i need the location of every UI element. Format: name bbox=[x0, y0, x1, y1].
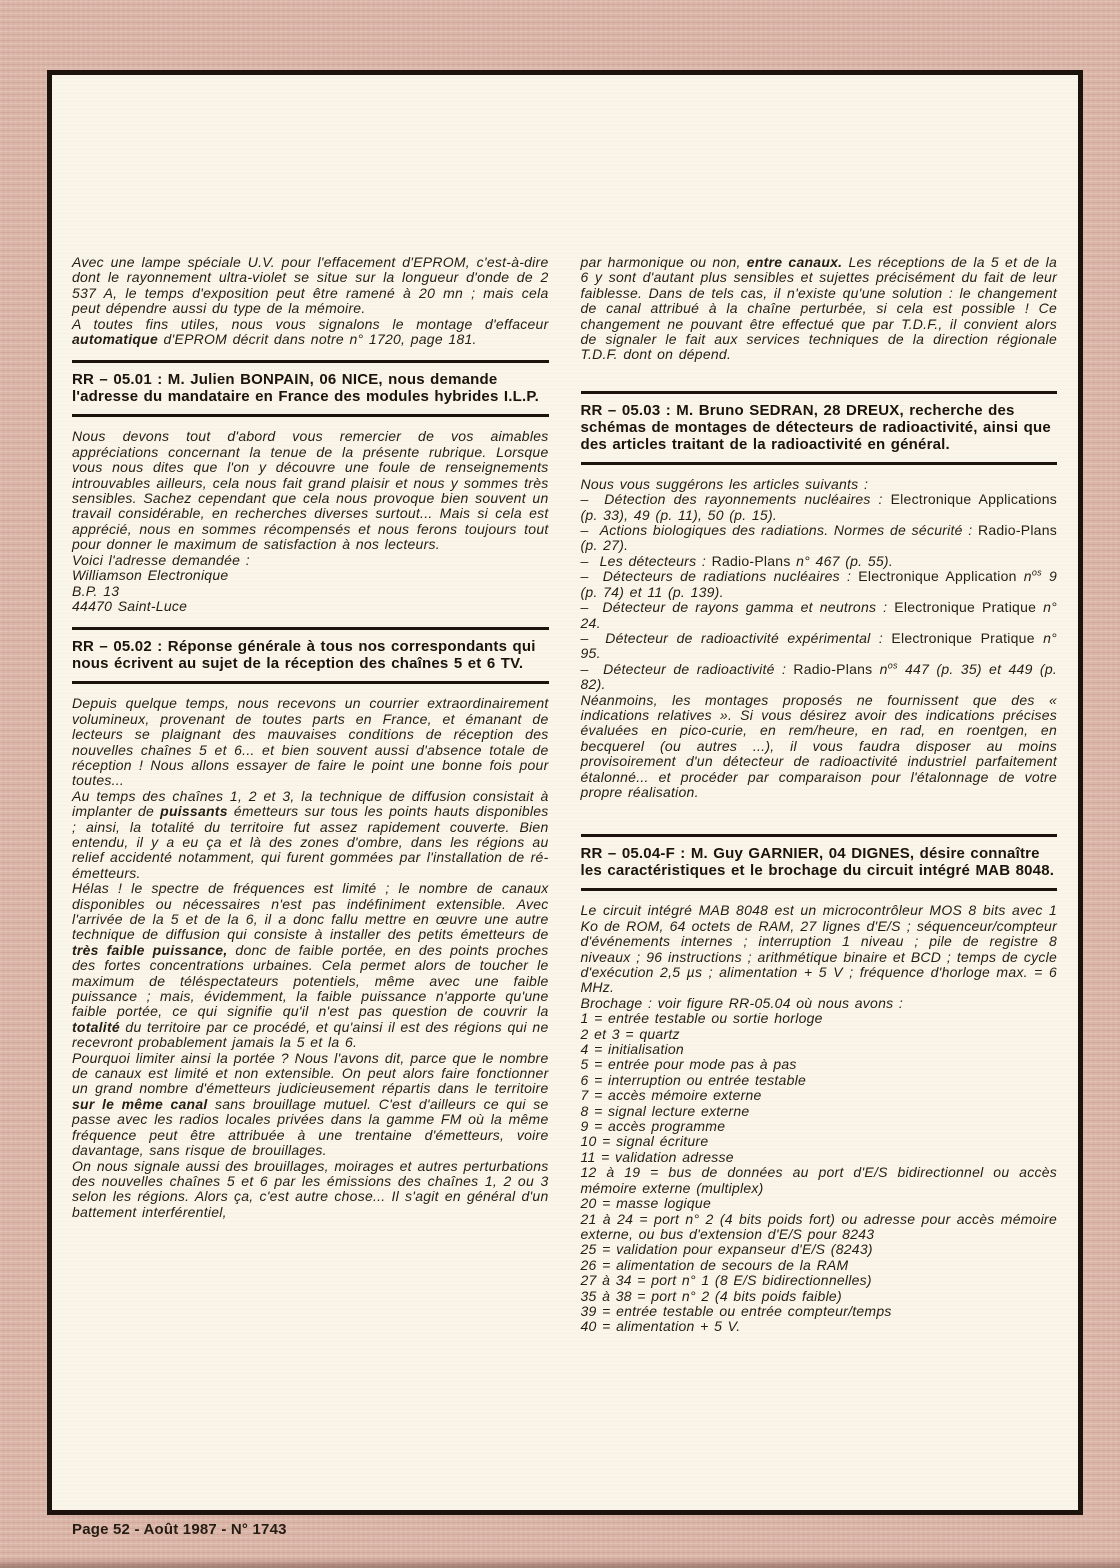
list-item: – Les détecteurs : Radio-Plans n° 467 (p… bbox=[581, 554, 1058, 569]
continuation-paragraph: par harmonique ou non, entre canaux. Les… bbox=[581, 255, 1058, 363]
address-line: Williamson Electronique bbox=[72, 568, 549, 583]
paragraph: Voici l'adresse demandée : bbox=[72, 553, 549, 568]
magazine-page: Avec une lampe spéciale U.V. pour l'effa… bbox=[0, 0, 1120, 1568]
section-heading-bar: RR – 05.02 : Réponse générale à tous nos… bbox=[72, 627, 549, 684]
pin-line: 35 à 38 = port n° 2 (4 bits poids faible… bbox=[581, 1289, 1058, 1304]
two-column-layout: Avec une lampe spéciale U.V. pour l'effa… bbox=[72, 255, 1057, 1496]
pin-line: 1 = entrée testable ou sortie horloge bbox=[581, 1011, 1058, 1026]
paragraph: Nous devons tout d'abord vous remercier … bbox=[72, 429, 549, 552]
pin-line: 4 = initialisation bbox=[581, 1042, 1058, 1057]
paragraph: Néanmoins, les montages proposés ne four… bbox=[581, 693, 1058, 801]
pin-line: 9 = accès programme bbox=[581, 1119, 1058, 1134]
paragraph: Nous vous suggérons les articles suivant… bbox=[581, 477, 1058, 492]
paragraph: Brochage : voir figure RR-05.04 où nous … bbox=[581, 996, 1058, 1011]
pin-line: 11 = validation adresse bbox=[581, 1150, 1058, 1165]
section-heading: RR – 05.03 : M. Bruno SEDRAN, 28 DREUX, … bbox=[581, 402, 1058, 453]
qa-section-0503: RR – 05.03 : M. Bruno SEDRAN, 28 DREUX, … bbox=[581, 391, 1058, 801]
list-item: – Détecteurs de radiations nucléaires : … bbox=[581, 569, 1058, 600]
pin-line: 8 = signal lecture externe bbox=[581, 1104, 1058, 1119]
pin-line: 10 = signal écriture bbox=[581, 1134, 1058, 1149]
list-item: – Détecteur de radioactivité : Radio-Pla… bbox=[581, 662, 1058, 693]
pin-line: 6 = interruption ou entrée testable bbox=[581, 1073, 1058, 1088]
section-heading-bar: RR – 05.04-F : M. Guy GARNIER, 04 DIGNES… bbox=[581, 834, 1058, 891]
section-heading-bar: RR – 05.03 : M. Bruno SEDRAN, 28 DREUX, … bbox=[581, 391, 1058, 465]
paragraph: Au temps des chaînes 1, 2 et 3, la techn… bbox=[72, 789, 549, 881]
list-item: – Actions biologiques des radiations. No… bbox=[581, 523, 1058, 554]
address-line: 44470 Saint-Luce bbox=[72, 599, 549, 614]
pin-line: 21 à 24 = port n° 2 (4 bits poids fort) … bbox=[581, 1212, 1058, 1243]
pin-line: 2 et 3 = quartz bbox=[581, 1027, 1058, 1042]
pin-line: 12 à 19 = bus de données au port d'E/S b… bbox=[581, 1165, 1058, 1196]
qa-section-0501: RR – 05.01 : M. Julien BONPAIN, 06 NICE,… bbox=[72, 360, 549, 614]
right-column: par harmonique ou non, entre canaux. Les… bbox=[581, 255, 1058, 1496]
pin-line: 20 = masse logique bbox=[581, 1196, 1058, 1211]
section-heading: RR – 05.02 : Réponse générale à tous nos… bbox=[72, 638, 549, 672]
section-heading: RR – 05.04-F : M. Guy GARNIER, 04 DIGNES… bbox=[581, 845, 1058, 879]
section-heading-bar: RR – 05.01 : M. Julien BONPAIN, 06 NICE,… bbox=[72, 360, 549, 417]
address-line: B.P. 13 bbox=[72, 584, 549, 599]
qa-section-0504: RR – 05.04-F : M. Guy GARNIER, 04 DIGNES… bbox=[581, 834, 1058, 1334]
pin-line: 5 = entrée pour mode pas à pas bbox=[581, 1057, 1058, 1072]
pin-line: 40 = alimentation + 5 V. bbox=[581, 1319, 1058, 1334]
paragraph: On nous signale aussi des brouillages, m… bbox=[72, 1159, 549, 1221]
pinout-list: 1 = entrée testable ou sortie horloge 2 … bbox=[581, 1011, 1058, 1335]
list-item: – Détecteur de rayons gamma et neutrons … bbox=[581, 600, 1058, 631]
list-item: – Détecteur de radioactivité expérimenta… bbox=[581, 631, 1058, 662]
paragraph: Le circuit intégré MAB 8048 est un micro… bbox=[581, 903, 1058, 995]
left-column: Avec une lampe spéciale U.V. pour l'effa… bbox=[72, 255, 549, 1496]
paragraph: Hélas ! le spectre de fréquences est lim… bbox=[72, 881, 549, 1050]
pin-line: 25 = validation pour expanseur d'E/S (82… bbox=[581, 1242, 1058, 1257]
content-frame: Avec une lampe spéciale U.V. pour l'effa… bbox=[47, 70, 1083, 1515]
qa-section-0502: RR – 05.02 : Réponse générale à tous nos… bbox=[72, 627, 549, 1220]
paragraph: Depuis quelque temps, nous recevons un c… bbox=[72, 696, 549, 788]
section-heading: RR – 05.01 : M. Julien BONPAIN, 06 NICE,… bbox=[72, 371, 549, 405]
reference-list: – Détection des rayonnements nucléaires … bbox=[581, 492, 1058, 692]
list-item: – Détection des rayonnements nucléaires … bbox=[581, 492, 1058, 523]
address-block: Williamson Electronique B.P. 13 44470 Sa… bbox=[72, 568, 549, 614]
paragraph: A toutes fins utiles, nous vous signalon… bbox=[72, 317, 549, 348]
intro-section: Avec une lampe spéciale U.V. pour l'effa… bbox=[72, 255, 549, 347]
pin-line: 7 = accès mémoire externe bbox=[581, 1088, 1058, 1103]
page-footer: Page 52 - Août 1987 - N° 1743 bbox=[72, 1521, 287, 1539]
pin-line: 39 = entrée testable ou entrée compteur/… bbox=[581, 1304, 1058, 1319]
paragraph: Pourquoi limiter ainsi la portée ? Nous … bbox=[72, 1051, 549, 1159]
page-bottom-edge bbox=[0, 1558, 1120, 1568]
paragraph: Avec une lampe spéciale U.V. pour l'effa… bbox=[72, 255, 549, 317]
pin-line: 26 = alimentation de secours de la RAM bbox=[581, 1258, 1058, 1273]
pin-line: 27 à 34 = port n° 1 (8 E/S bidirectionne… bbox=[581, 1273, 1058, 1288]
